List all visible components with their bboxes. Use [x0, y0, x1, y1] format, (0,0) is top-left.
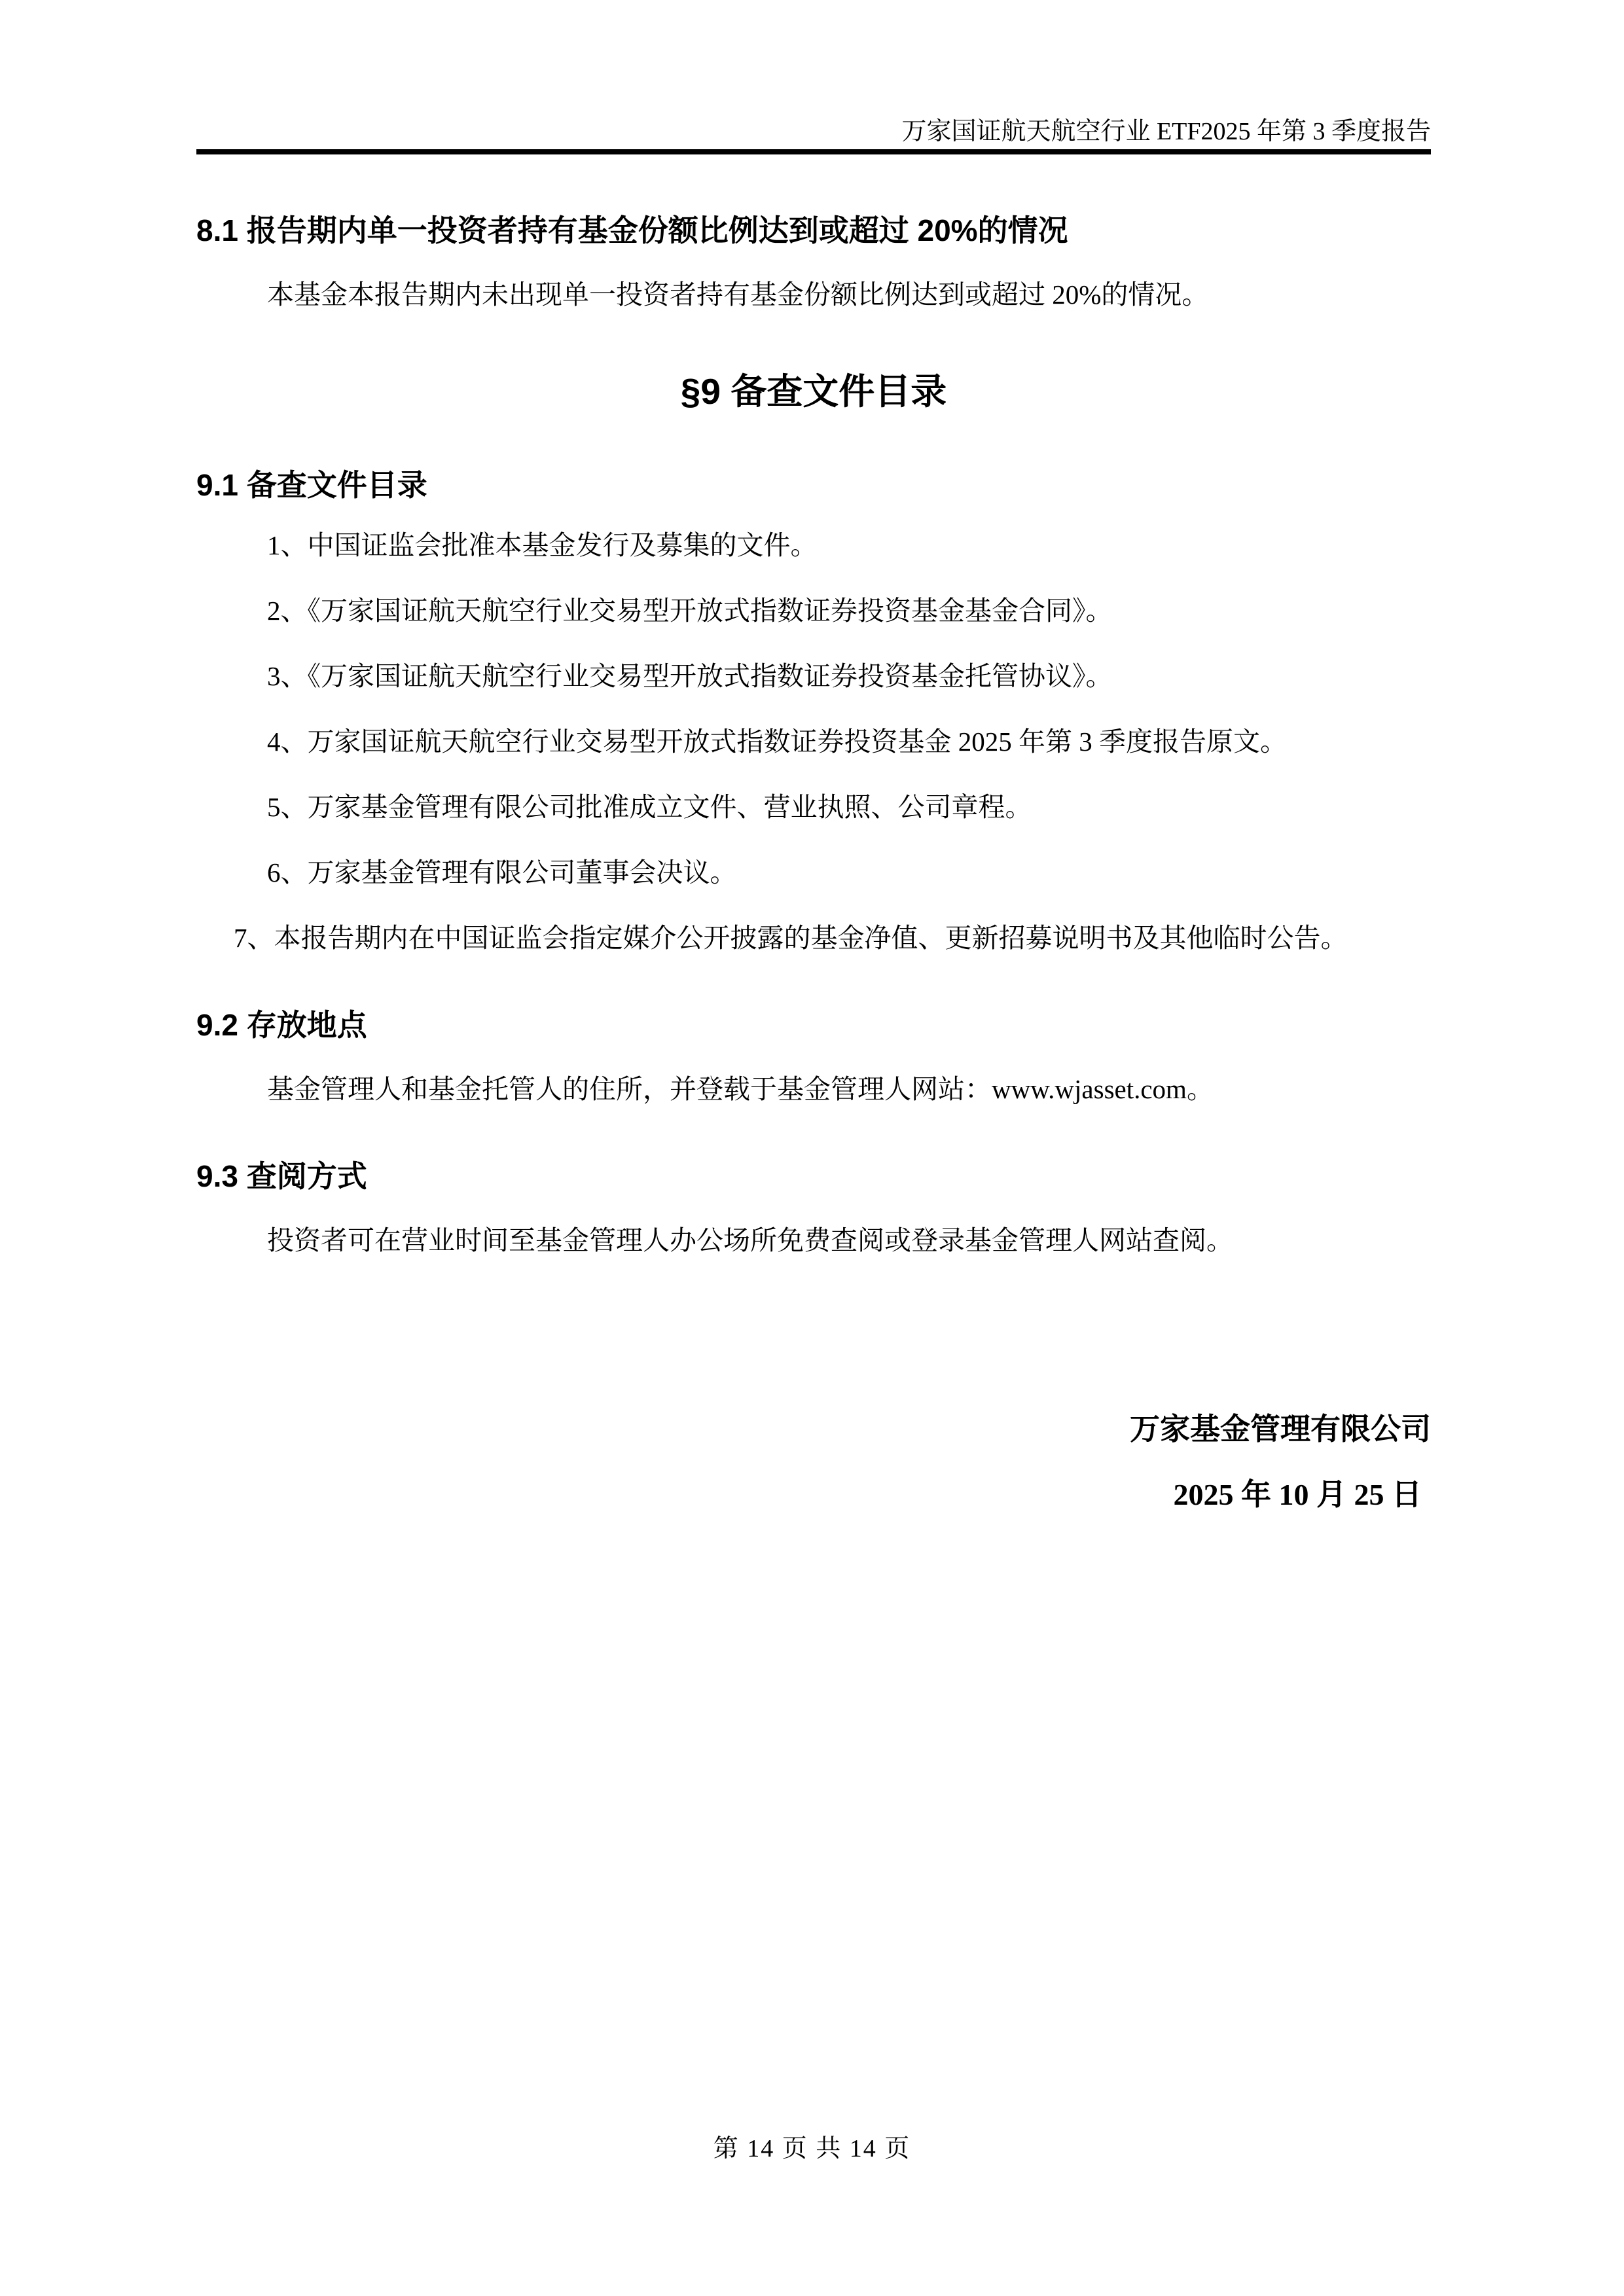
section-9-2-body: 基金管理人和基金托管人的住所，并登载于基金管理人网站：www.wjasset.c… [196, 1072, 1431, 1107]
list-item: 6、万家基金管理有限公司董事会决议。 [196, 855, 1431, 890]
section-9-1-heading: 9.1 备查文件目录 [196, 465, 1431, 505]
page-content: 万家国证航天航空行业 ETF2025 年第 3 季度报告 8.1 报告期内单一投… [196, 0, 1431, 1515]
page-number-footer: 第 14 页 共 14 页 [0, 2134, 1624, 2164]
list-item: 5、万家基金管理有限公司批准成立文件、营业执照、公司章程。 [196, 790, 1431, 825]
section-9-3-heading: 9.3 查阅方式 [196, 1157, 1431, 1196]
list-item: 4、万家国证航天航空行业交易型开放式指数证券投资基金 2025 年第 3 季度报… [196, 725, 1431, 759]
signature-date: 2025 年 10 月 25 日 [196, 1475, 1431, 1515]
list-item: 7、本报告期内在中国证监会指定媒介公开披露的基金净值、更新招募说明书及其他临时公… [196, 921, 1431, 956]
signature-block: 万家基金管理有限公司 2025 年 10 月 25 日 [196, 1410, 1431, 1515]
section-8-1-heading: 8.1 报告期内单一投资者持有基金份额比例达到或超过 20%的情况 [196, 211, 1431, 250]
list-item: 3、《万家国证航天航空行业交易型开放式指数证券投资基金托管协议》。 [196, 659, 1431, 694]
signature-company: 万家基金管理有限公司 [196, 1410, 1431, 1449]
section-8-1-body: 本基金本报告期内未出现单一投资者持有基金份额比例达到或超过 20%的情况。 [196, 278, 1431, 312]
header-rule [196, 149, 1431, 154]
chapter-9-title: §9 备查文件目录 [196, 368, 1431, 414]
report-page: 万家国证航天航空行业 ETF2025 年第 3 季度报告 8.1 报告期内单一投… [0, 0, 1624, 2296]
section-9-3-body: 投资者可在营业时间至基金管理人办公场所免费查阅或登录基金管理人网站查阅。 [196, 1223, 1431, 1258]
list-item: 2、《万家国证航天航空行业交易型开放式指数证券投资基金基金合同》。 [196, 594, 1431, 628]
section-9-2-heading: 9.2 存放地点 [196, 1005, 1431, 1045]
running-header: 万家国证航天航空行业 ETF2025 年第 3 季度报告 [196, 117, 1431, 147]
list-item: 1、中国证监会批准本基金发行及募集的文件。 [196, 528, 1431, 563]
